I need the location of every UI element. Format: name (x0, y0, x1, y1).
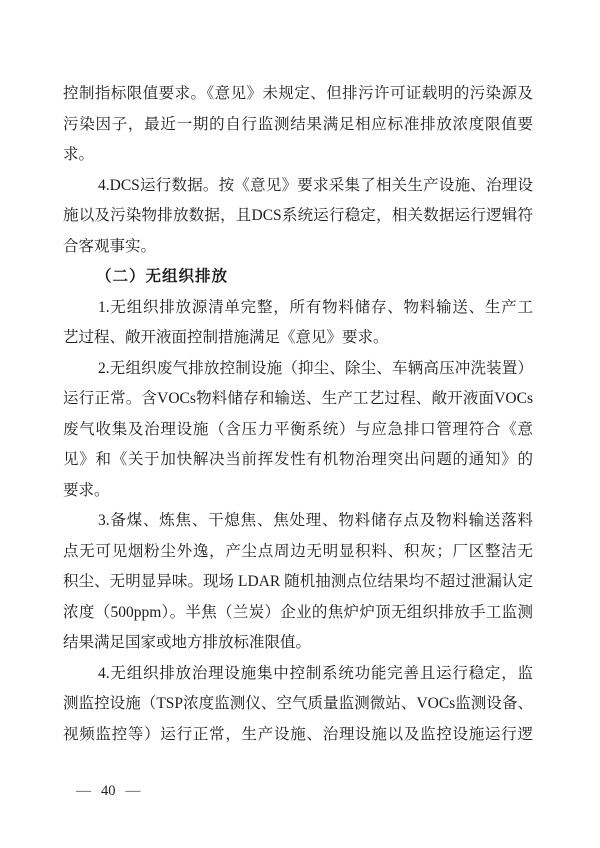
text-line: 视频监控等）运行正常，生产设施、治理设施以及监控设施运行逻 (63, 720, 533, 751)
text-line: 废气收集及治理设施（含压力平衡系统）与应急排口管理符合《意 (63, 415, 533, 446)
footer-right-dash: — (126, 783, 141, 800)
text-line: 浓度（500ppm）。半焦（兰炭）企业的焦炉炉顶无组织排放手工监测 (63, 598, 533, 629)
text-line: 2.无组织废气排放控制设施（抑尘、除尘、车辆高压冲洗装置） (63, 354, 533, 385)
text-line: 要求。 (63, 476, 533, 507)
text-line: 运行正常。含VOCs物料储存和输送、生产工艺过程、敞开液面VOCs (63, 384, 533, 415)
text-line: 4.DCS运行数据。按《意见》要求采集了相关生产设施、治理设 (63, 171, 533, 202)
text-line: 控制指标限值要求。《意见》未规定、但排污许可证载明的污染源及 (63, 79, 533, 110)
text-line: 1.无组织排放源清单完整，所有物料储存、物料输送、生产工 (63, 293, 533, 324)
document-page: 控制指标限值要求。《意见》未规定、但排污许可证载明的污染源及 污染因子，最近一期… (0, 0, 600, 848)
text-line: 3.备煤、炼焦、干熄焦、焦处理、物料储存点及物料输送落料 (63, 506, 533, 537)
text-line: 合客观事实。 (63, 232, 533, 263)
text-line: 艺过程、敞开液面控制措施满足《意见》要求。 (63, 323, 533, 354)
document-body: 控制指标限值要求。《意见》未规定、但排污许可证载明的污染源及 污染因子，最近一期… (63, 79, 533, 750)
text-line: 积尘、无明显异味。现场 LDAR 随机抽测点位结果均不超过泄漏认定 (63, 567, 533, 598)
page-footer: — 40 — (76, 780, 141, 802)
page-number: 40 (101, 783, 116, 800)
text-line: 施以及污染物排放数据，且DCS系统运行稳定，相关数据运行逻辑符 (63, 201, 533, 232)
text-line: 求。 (63, 140, 533, 171)
text-line: 4.无组织排放治理设施集中控制系统功能完善且运行稳定，监 (63, 659, 533, 690)
section-heading: （二）无组织排放 (63, 262, 533, 293)
text-line: 结果满足国家或地方排放标准限值。 (63, 628, 533, 659)
text-line: 测监控设施（TSP浓度监测仪、空气质量监测微站、VOCs监测设备、 (63, 689, 533, 720)
text-line: 见》和《关于加快解决当前挥发性有机物治理突出问题的通知》的 (63, 445, 533, 476)
text-line: 污染因子，最近一期的自行监测结果满足相应标准排放浓度限值要 (63, 110, 533, 141)
text-line: 点无可见烟粉尘外逸，产尘点周边无明显积料、积灰；厂区整洁无 (63, 537, 533, 568)
footer-left-dash: — (76, 783, 91, 800)
